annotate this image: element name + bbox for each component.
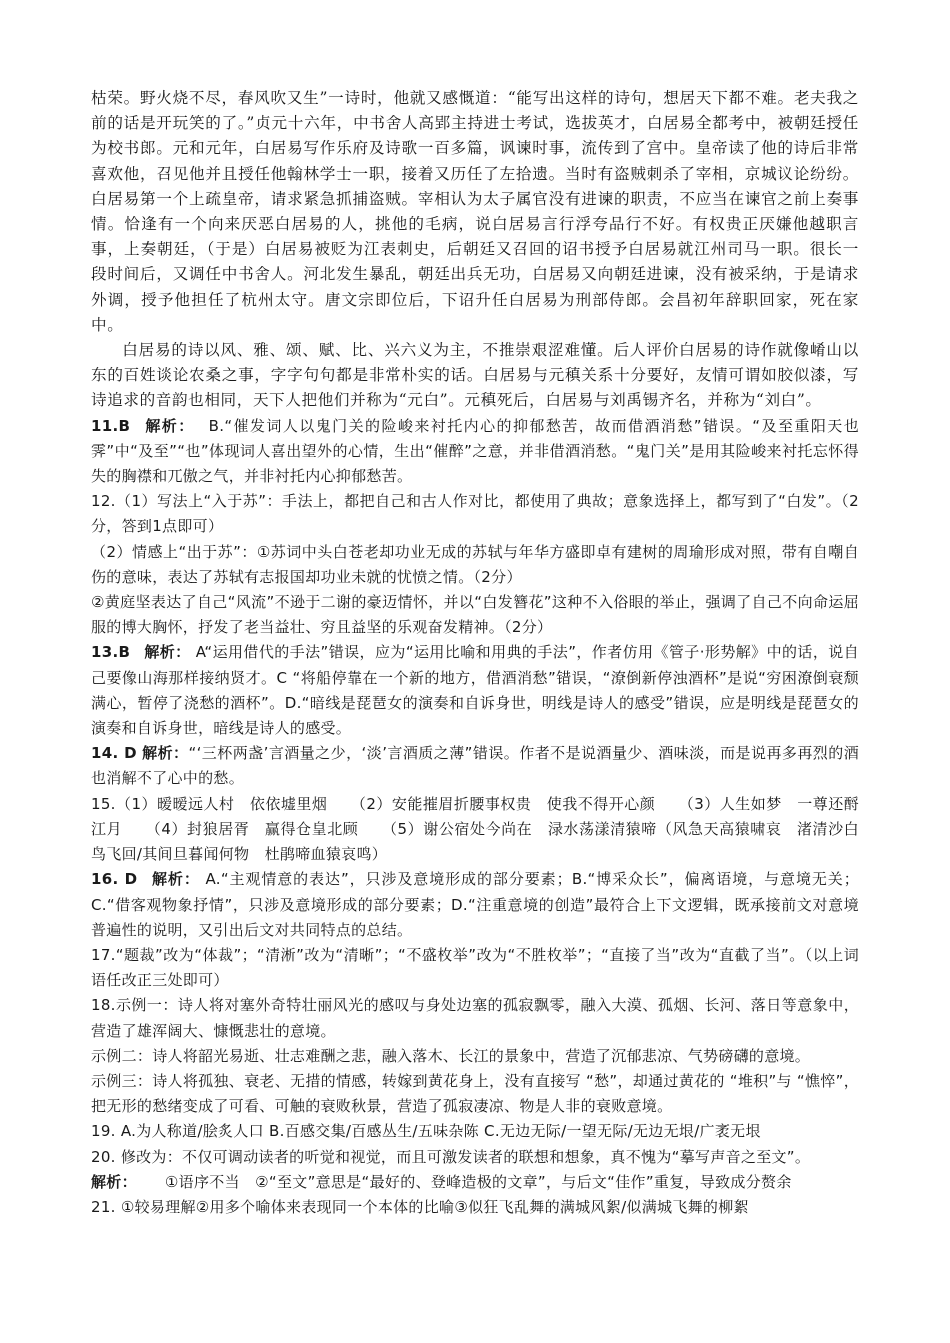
answer-key-page: 枯荣。野火烧不尽，春风吹又生”一诗时，他就又感慨道：“能写出这样的诗句，想居天下… (91, 86, 859, 1220)
answer-q15: 15.（1）暧暧远人村 依依墟里烟 （2）安能摧眉折腰事权贵 使我不得开心颜 （… (91, 792, 859, 868)
answer-q18-example3: 示例三：诗人将孤独、衰老、无措的情感，转嫁到黄花身上，没有直接写 “愁”，却通过… (91, 1069, 859, 1119)
answer-q17: 17.“题裁”改为“体裁”；“清淅”改为“清晰”；“不盛枚举”改为“不胜枚举”；… (91, 943, 859, 993)
answer-q21: 21. ①较易理解②用多个喻体来表现同一个本体的比喻③似狂飞乱舞的满城风絮/似满… (91, 1195, 859, 1220)
q20-analysis-label: 解析： (91, 1173, 137, 1191)
answer-q20: 20. 修改为：不仅可调动读者的听觉和视觉，而且可激发读者的联想和想象，真不愧为… (91, 1145, 859, 1170)
q14-label: 14. D (91, 744, 137, 762)
answer-q14: 14. D 解析：“‘三杯两盏’言酒量之少，‘淡’言酒质之薄”错误。作者不是说酒… (91, 741, 859, 791)
q11-text: B.“催发词人以鬼门关的险峻来衬托内心的抑郁愁苦，故而借酒消愁”错误。“及至重阳… (91, 417, 859, 485)
q16-text: A.“主观情意的表达”，只涉及意境形成的部分要素；B.“博采众长”，偏离语境，与… (91, 870, 859, 938)
answer-q12-part3: ②黄庭坚表达了自己“风流”不逊于二谢的豪迈情怀，并以“白发簪花”这种不入俗眼的举… (91, 590, 859, 640)
q14-analysis-label: 解析： (142, 744, 188, 762)
answer-q20-analysis: 解析：①语序不当 ②“至文”意思是“最好的、登峰造极的文章”，与后文“佳作”重复… (91, 1170, 859, 1195)
q11-label: 11.B (91, 417, 130, 435)
answer-q19: 19. A.为人称道/脍炙人口 B.百感交集/百感丛生/五味杂陈 C.无边无际/… (91, 1119, 859, 1144)
q16-label: 16. D (91, 870, 137, 888)
q14-text: “‘三杯两盏’言酒量之少，‘淡’言酒质之薄”错误。作者不是说酒量少、酒味淡，而是… (91, 744, 859, 787)
answer-q16: 16. D解析： A.“主观情意的表达”，只涉及意境形成的部分要素；B.“博采众… (91, 867, 859, 943)
answer-q12-part2: （2）情感上“出于苏”：①苏词中头白苍老却功业无成的苏轼与年华方盛即卓有建树的周… (91, 540, 859, 590)
q11-analysis-label: 解析： (144, 417, 194, 435)
answer-q18-example1: 18.示例一：诗人将对塞外奇特壮丽风光的感叹与身处边塞的孤寂飘零，融入大漠、孤烟… (91, 993, 859, 1043)
answer-q11: 11.B解析：B.“催发词人以鬼门关的险峻来衬托内心的抑郁愁苦，故而借酒消愁”错… (91, 414, 859, 490)
q13-analysis-label: 解析： (144, 643, 190, 661)
q13-label: 13.B (91, 643, 130, 661)
q20-analysis-text: ①语序不当 ②“至文”意思是“最好的、登峰造极的文章”，与后文“佳作”重复，导致… (165, 1173, 792, 1191)
answer-q13: 13.B解析： A“运用借代的手法”错误，应为“运用比喻和用典的手法”，作者仿用… (91, 640, 859, 741)
translation-paragraph-1: 枯荣。野火烧不尽，春风吹又生”一诗时，他就又感慨道：“能写出这样的诗句，想居天下… (91, 86, 859, 338)
answer-q18-example2: 示例二：诗人将韶光易逝、壮志难酬之悲，融入落木、长江的景象中，营造了沉郁悲凉、气… (91, 1044, 859, 1069)
translation-paragraph-2: 白居易的诗以风、雅、颂、赋、比、兴六义为主，不推崇艰涩难懂。后人评价白居易的诗作… (91, 338, 859, 414)
answer-q12-part1: 12.（1）写法上“入于苏”：手法上，都把自己和古人作对比，都使用了典故；意象选… (91, 489, 859, 539)
q13-text: A“运用借代的手法”错误，应为“运用比喻和用典的手法”，作者仿用《管子·形势解》… (91, 643, 859, 737)
q16-analysis-label: 解析： (151, 870, 199, 888)
